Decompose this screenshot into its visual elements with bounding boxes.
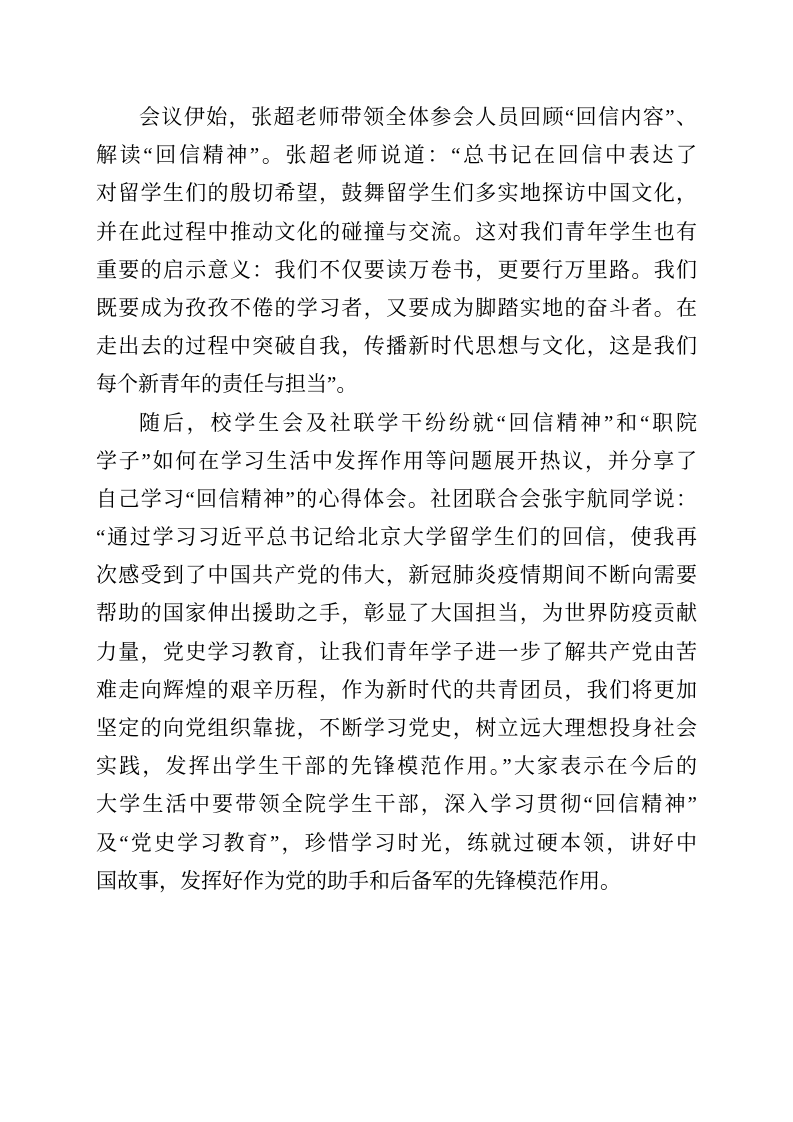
text-line: 实践，发挥出学生干部的先锋模范作用。”大家表示在今后的 (96, 747, 697, 785)
text-line: 力量，党史学习教育，让我们青年学子进一步了解共产党由苦 (96, 633, 697, 671)
paragraph-1: 会议伊始，张超老师带领全体参会人员回顾“回信内容”、 解读“回信精神”。张超老师… (96, 98, 697, 404)
text-line: 大学生活中要带领全院学生干部，深入学习贯彻“回信精神” (96, 785, 697, 823)
text-line: 学子”如何在学习生活中发挥作用等问题展开热议，并分享了 (96, 442, 697, 480)
text-line: 及“党史学习教育”，珍惜学习时光，练就过硬本领，讲好中 (96, 824, 697, 862)
text-line: 次感受到了中国共产党的伟大，新冠肺炎疫情期间不断向需要 (96, 556, 697, 594)
text-line: 国故事，发挥好作为党的助手和后备军的先锋模范作用。 (96, 862, 697, 900)
text-line: 并在此过程中推动文化的碰撞与交流。这对我们青年学生也有 (96, 213, 697, 251)
document-page: 会议伊始，张超老师带领全体参会人员回顾“回信内容”、 解读“回信精神”。张超老师… (0, 0, 793, 1122)
text-line: “通过学习习近平总书记给北京大学留学生们的回信，使我再 (96, 518, 697, 556)
text-line: 会议伊始，张超老师带领全体参会人员回顾“回信内容”、 (96, 98, 697, 136)
text-line: 难走向辉煌的艰辛历程，作为新时代的共青团员，我们将更加 (96, 671, 697, 709)
text-line: 自己学习“回信精神”的心得体会。社团联合会张宇航同学说： (96, 480, 697, 518)
text-line: 随后，校学生会及社联学干纷纷就“回信精神”和“职院 (96, 404, 697, 442)
text-line: 走出去的过程中突破自我，传播新时代思想与文化，这是我们 (96, 327, 697, 365)
text-line: 每个新青年的责任与担当”。 (96, 365, 697, 403)
text-line: 既要成为孜孜不倦的学习者，又要成为脚踏实地的奋斗者。在 (96, 289, 697, 327)
text-line: 对留学生们的殷切希望，鼓舞留学生们多实地探访中国文化， (96, 174, 697, 212)
text-line: 帮助的国家伸出援助之手，彰显了大国担当，为世界防疫贡献 (96, 594, 697, 632)
document-body: 会议伊始，张超老师带领全体参会人员回顾“回信内容”、 解读“回信精神”。张超老师… (96, 98, 697, 900)
text-line: 坚定的向党组织靠拢，不断学习党史，树立远大理想投身社会 (96, 709, 697, 747)
text-line: 解读“回信精神”。张超老师说道：“总书记在回信中表达了 (96, 136, 697, 174)
paragraph-2: 随后，校学生会及社联学干纷纷就“回信精神”和“职院 学子”如何在学习生活中发挥作… (96, 404, 697, 900)
text-line: 重要的启示意义：我们不仅要读万卷书，更要行万里路。我们 (96, 251, 697, 289)
